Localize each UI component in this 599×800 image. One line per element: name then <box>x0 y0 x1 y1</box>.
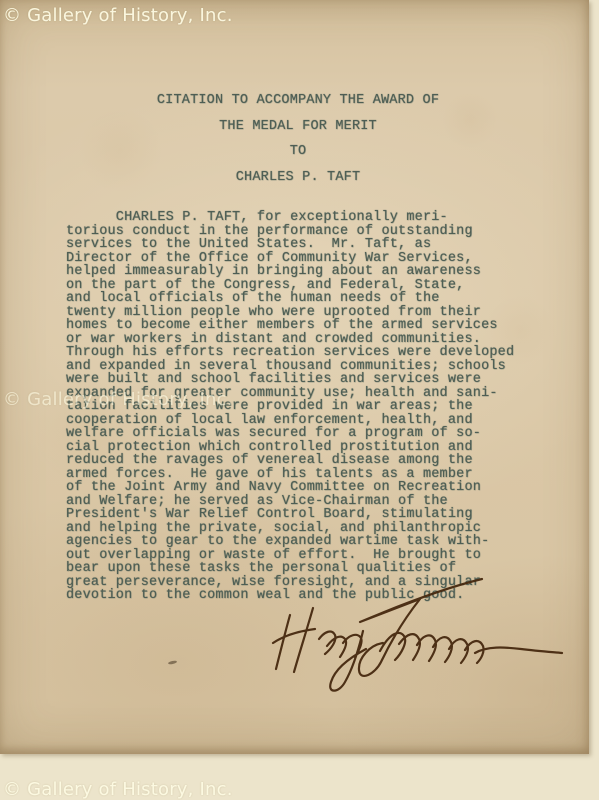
text-line: homes to become either members of the ar… <box>66 319 546 333</box>
text-line: welfare officials was secured for a prog… <box>66 427 546 441</box>
text-line: Through his efforts recreation services … <box>66 346 546 360</box>
citation-title: CITATION TO ACCOMPANY THE AWARD OFTHE ME… <box>0 88 596 191</box>
text-line: on the part of the Congress, and Federal… <box>66 279 546 293</box>
text-line: armed forces. He gave of his talents as … <box>66 468 546 482</box>
text-line: THE MEDAL FOR MERIT <box>0 114 596 140</box>
gallery-watermark-middle: © Gallery of History, Inc. <box>3 390 233 410</box>
text-line: reduced the ravages of venereal disease … <box>66 454 546 468</box>
text-line: and local officials of the human needs o… <box>66 292 546 306</box>
text-line: services to the United States. Mr. Taft,… <box>66 238 546 252</box>
text-line: and Welfare; he served as Vice-Chairman … <box>66 495 546 509</box>
text-line: Director of the Office of Community War … <box>66 252 546 266</box>
text-line: President's War Relief Control Board, st… <box>66 508 546 522</box>
text-line: cooperation of local law enforcement, he… <box>66 414 546 428</box>
citation-paper: CITATION TO ACCOMPANY THE AWARD OFTHE ME… <box>0 0 589 754</box>
signature-stroke-truman <box>359 579 562 676</box>
text-line: twenty million people who were uprooted … <box>66 306 546 320</box>
text-line: and helping the private, social, and phi… <box>66 522 546 536</box>
text-line: TO <box>0 139 596 165</box>
text-line: of the Joint Army and Navy Committee on … <box>66 481 546 495</box>
text-line: and expanded in several thousand communi… <box>66 360 546 374</box>
text-line: or war workers in distant and crowded co… <box>66 333 546 347</box>
text-line: torious conduct in the performance of ou… <box>66 225 546 239</box>
text-line: CITATION TO ACCOMPANY THE AWARD OF <box>0 88 596 114</box>
document-photo: CITATION TO ACCOMPANY THE AWARD OFTHE ME… <box>0 0 599 800</box>
text-line: CHARLES P. TAFT <box>0 165 596 191</box>
gallery-watermark-top: © Gallery of History, Inc. <box>3 6 233 26</box>
signature-stroke-harry <box>273 608 366 691</box>
gallery-watermark-bottom: © Gallery of History, Inc. <box>3 780 233 800</box>
text-line: helped immeasurably in bringing about an… <box>66 265 546 279</box>
text-line: cial protection which controlled prostit… <box>66 441 546 455</box>
text-line: were built and school facilities and ser… <box>66 373 546 387</box>
harry-truman-signature <box>268 572 578 707</box>
text-line: CHARLES P. TAFT, for exceptionally meri- <box>66 211 546 225</box>
text-line: out overlapping or waste of effort. He b… <box>66 549 546 563</box>
ink-speck <box>168 660 177 665</box>
text-line: agencies to gear to the expanded wartime… <box>66 535 546 549</box>
